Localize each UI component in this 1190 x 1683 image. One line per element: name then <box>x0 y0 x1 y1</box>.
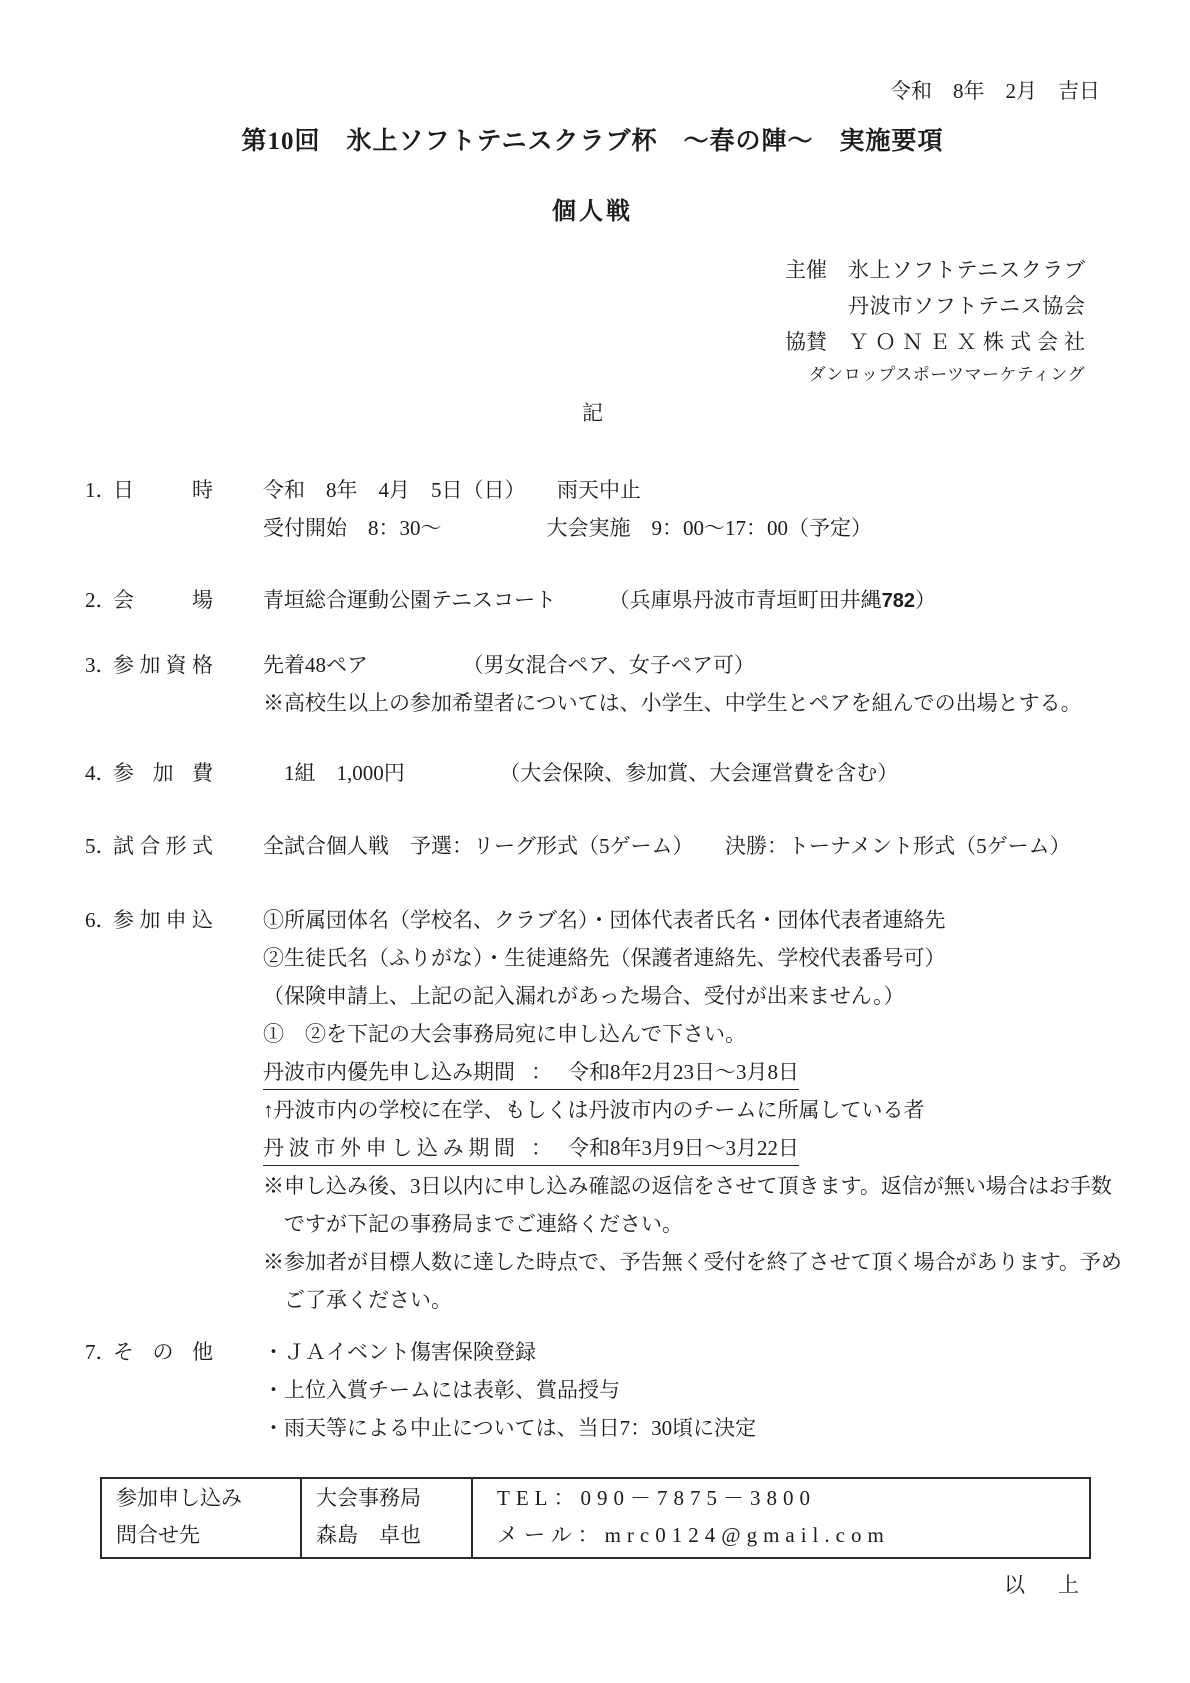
contact-phone: TEL：090－7875－3800 <box>497 1480 1089 1517</box>
section-datetime-label: 1．日時 <box>85 471 263 547</box>
date-line: 令和 8年 2月 吉日 <box>85 72 1100 110</box>
host-row: 主催 氷上ソフトテニスクラブ <box>85 252 1085 288</box>
section-entry: 6．参加申込 ①所属団体名（学校名、クラブ名）・団体代表者氏名・団体代表者連絡先… <box>85 901 1100 1319</box>
period-separator: ： <box>515 1136 568 1160</box>
section-venue: 2．会場 青垣総合運動公園テニスコート （兵庫県丹波市青垣町田井縄782） <box>85 581 1100 620</box>
section-label-text: 参加申込 <box>113 901 213 939</box>
entry-period-city-underlined: 丹波市内優先申し込み期間：令和8年2月23日～3月8日 <box>263 1057 799 1090</box>
section-label-text: 参加費 <box>113 754 213 792</box>
section-eligibility: 3．参加資格 先着48ペア （男女混合ペア、女子ペア可） ※高校生以上の参加希望… <box>85 646 1100 722</box>
datetime-line-1: 令和 8年 4月 5日（日） 雨天中止 <box>263 471 1100 509</box>
section-eligibility-label: 3．参加資格 <box>85 646 263 722</box>
section-number: 1． <box>85 471 113 509</box>
entry-note-1a: ※申し込み後、3日以内に申し込み確認の返信をさせて頂きます。返信が無い場合はお手… <box>263 1167 1122 1205</box>
sponsor-row: 協賛 ＹＯＮＥＸ株式会社 <box>85 324 1085 360</box>
section-datetime-body: 令和 8年 4月 5日（日） 雨天中止 受付開始 8：30～ 大会実施 9：00… <box>263 471 1100 547</box>
eligibility-note: ※高校生以上の参加希望者については、小学生、中学生とペアを組んでの出場とする。 <box>263 684 1100 722</box>
section-number: 5． <box>85 827 113 865</box>
sponsor-name-1: ＹＯＮＥＸ株式会社 <box>848 324 1085 360</box>
doc-subtitle: 個人戦 <box>85 192 1100 232</box>
format-line: 全試合個人戦 予選：リーグ形式（5ゲーム） 決勝：トーナメント形式（5ゲーム） <box>263 827 1100 865</box>
section-fee: 4．参加費 1組 1,000円 （大会保険、参加賞、大会運営費を含む） <box>85 754 1100 792</box>
other-item-3: ・雨天等による中止については、当日7：30頃に決定 <box>263 1409 1100 1447</box>
period-value: 令和8年3月9日～3月22日 <box>568 1136 799 1160</box>
contact-person-name: 森島 卓也 <box>316 1517 471 1554</box>
section-format-body: 全試合個人戦 予選：リーグ形式（5ゲーム） 決勝：トーナメント形式（5ゲーム） <box>263 827 1100 865</box>
period-label: 丹波市内優先申し込み期間 <box>263 1057 515 1087</box>
sponsor-name-2: ダンロップスポーツマーケティング <box>85 360 1085 390</box>
document-page: 令和 8年 2月 吉日 第10回 氷上ソフトテニスクラブ杯 ～春の陣～ 実施要項… <box>0 0 1190 1683</box>
entry-period-city-note: ↑丹波市内の学校に在学、もしくは丹波市内のチームに所属している者 <box>263 1091 1122 1129</box>
closing-mark: 以 上 <box>85 1567 1085 1603</box>
organizer-block: 主催 氷上ソフトテニスクラブ 丹波市ソフトテニス協会 協賛 ＹＯＮＥＸ株式会社 … <box>85 252 1100 390</box>
section-number: 7． <box>85 1333 113 1371</box>
other-item-2: ・上位入賞チームには表彰、賞品授与 <box>263 1371 1100 1409</box>
host-name-2: 丹波市ソフトテニス協会 <box>848 288 1085 324</box>
record-heading: 記 <box>85 394 1100 432</box>
contact-office-name: 大会事務局 <box>316 1480 471 1517</box>
contact-table-cell-contact: TEL：090－7875－3800 メール：mrc0124@gmail.com <box>471 1479 1089 1557</box>
entry-line-2: ②生徒氏名（ふりがな）・生徒連絡先（保護者連絡先、学校代表番号可） <box>263 939 1122 977</box>
venue-address-close: ） <box>915 588 936 612</box>
sponsor-label: 協賛 <box>785 324 848 360</box>
section-format: 5．試合形式 全試合個人戦 予選：リーグ形式（5ゲーム） 決勝：トーナメント形式… <box>85 827 1100 865</box>
section-number: 6． <box>85 901 113 939</box>
period-value: 令和8年2月23日～3月8日 <box>568 1060 799 1084</box>
section-other: 7．その他 ・ＪＡイベント傷害保険登録 ・上位入賞チームには表彰、賞品授与 ・雨… <box>85 1333 1100 1447</box>
entry-line-4: ① ②を下記の大会事務局宛に申し込んで下さい。 <box>263 1015 1122 1053</box>
section-number: 4． <box>85 754 113 792</box>
venue-name-address: 青垣総合運動公園テニスコート （兵庫県丹波市青垣町田井縄 <box>263 588 882 612</box>
section-label-text: その他 <box>113 1333 213 1371</box>
contact-purpose-line-2: 問合せ先 <box>116 1517 300 1554</box>
entry-period-outside-underlined: 丹波市外申し込み期間：令和8年3月9日～3月22日 <box>263 1133 799 1166</box>
host-row-2: 丹波市ソフトテニス協会 <box>85 288 1085 324</box>
contact-email: メール：mrc0124@gmail.com <box>497 1517 1089 1554</box>
entry-note-2a: ※参加者が目標人数に達した時点で、予告無く受付を終了させて頂く場合があります。予… <box>263 1243 1122 1281</box>
section-venue-label: 2．会場 <box>85 581 263 620</box>
contact-table: 参加申し込み 問合せ先 大会事務局 森島 卓也 TEL：090－7875－380… <box>100 1477 1091 1559</box>
section-label-text: 参加資格 <box>113 646 213 684</box>
host-name-1: 氷上ソフトテニスクラブ <box>848 252 1085 288</box>
section-label-text: 日時 <box>113 471 213 509</box>
datetime-line-2: 受付開始 8：30～ 大会実施 9：00～17：00（予定） <box>263 509 1100 547</box>
fee-line: 1組 1,000円 （大会保険、参加賞、大会運営費を含む） <box>263 754 1100 792</box>
section-label-text: 会場 <box>113 581 213 619</box>
section-other-label: 7．その他 <box>85 1333 263 1447</box>
doc-title: 第10回 氷上ソフトテニスクラブ杯 ～春の陣～ 実施要項 <box>85 120 1100 164</box>
entry-note-2b: ご了承ください。 <box>263 1281 1122 1319</box>
entry-period-city: 丹波市内優先申し込み期間：令和8年2月23日～3月8日 <box>263 1053 1122 1091</box>
venue-address-number: 782 <box>882 590 915 612</box>
section-datetime: 1．日時 令和 8年 4月 5日（日） 雨天中止 受付開始 8：30～ 大会実施… <box>85 471 1100 547</box>
section-number: 3． <box>85 646 113 684</box>
section-number: 2． <box>85 581 113 619</box>
section-label-text: 試合形式 <box>113 827 213 865</box>
entry-line-3: （保険申請上、上記の記入漏れがあった場合、受付が出来ません。） <box>263 977 1122 1015</box>
venue-line: 青垣総合運動公園テニスコート （兵庫県丹波市青垣町田井縄782） <box>263 581 1100 620</box>
section-fee-body: 1組 1,000円 （大会保険、参加賞、大会運営費を含む） <box>263 754 1100 792</box>
entry-note-1b: ですが下記の事務局までご連絡ください。 <box>263 1205 1122 1243</box>
section-fee-label: 4．参加費 <box>85 754 263 792</box>
period-separator: ： <box>515 1060 568 1084</box>
contact-purpose-line-1: 参加申し込み <box>116 1480 300 1517</box>
contact-table-cell-office: 大会事務局 森島 卓也 <box>300 1479 471 1557</box>
contact-table-cell-purpose: 参加申し込み 問合せ先 <box>102 1479 300 1557</box>
section-entry-body: ①所属団体名（学校名、クラブ名）・団体代表者氏名・団体代表者連絡先 ②生徒氏名（… <box>263 901 1122 1319</box>
host-label-spacer <box>785 288 848 324</box>
section-entry-label: 6．参加申込 <box>85 901 263 1319</box>
section-eligibility-body: 先着48ペア （男女混合ペア、女子ペア可） ※高校生以上の参加希望者については、… <box>263 646 1100 722</box>
entry-period-outside: 丹波市外申し込み期間：令和8年3月9日～3月22日 <box>263 1129 1122 1167</box>
section-venue-body: 青垣総合運動公園テニスコート （兵庫県丹波市青垣町田井縄782） <box>263 581 1100 620</box>
host-label: 主催 <box>785 252 848 288</box>
section-other-body: ・ＪＡイベント傷害保険登録 ・上位入賞チームには表彰、賞品授与 ・雨天等による中… <box>263 1333 1100 1447</box>
other-item-1: ・ＪＡイベント傷害保険登録 <box>263 1333 1100 1371</box>
eligibility-line-1: 先着48ペア （男女混合ペア、女子ペア可） <box>263 646 1100 684</box>
period-label: 丹波市外申し込み期間 <box>263 1133 515 1163</box>
entry-line-1: ①所属団体名（学校名、クラブ名）・団体代表者氏名・団体代表者連絡先 <box>263 901 1122 939</box>
section-format-label: 5．試合形式 <box>85 827 263 865</box>
